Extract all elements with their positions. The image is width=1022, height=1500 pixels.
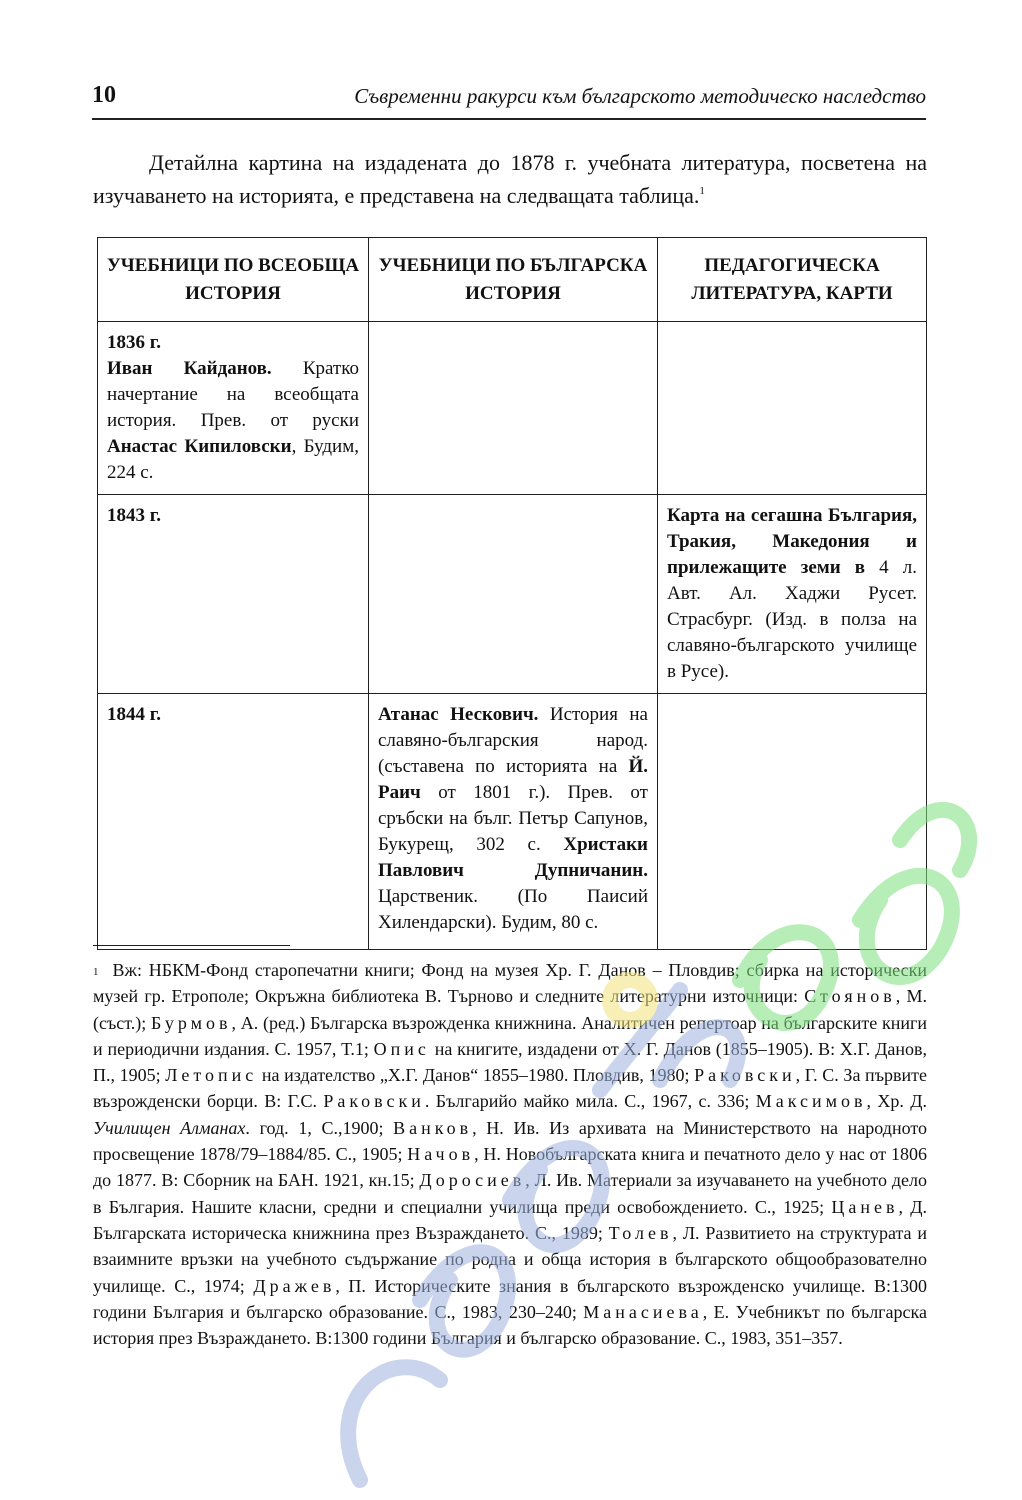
footnote-text: Вж: НБКМ-Фонд старопечатни книги; Фонд н… — [93, 960, 927, 1006]
footnote-author: Цанев — [831, 1197, 898, 1217]
footnote-author: Раковски — [323, 1091, 425, 1111]
footnote-rule — [93, 945, 290, 946]
footnote-title: Училищен Алманах — [93, 1118, 245, 1138]
footnote-author: Манасиева — [583, 1302, 702, 1322]
header-rule — [92, 118, 926, 120]
table-cell-general: 1836 г. Иван Кайданов. Кратко начертание… — [98, 322, 369, 495]
footnote-author: Максимов — [756, 1091, 867, 1111]
row-year: 1843 г. — [107, 503, 359, 529]
author-name: Иван Кайданов. — [107, 358, 272, 379]
footnote-text: на издателство „Х.Г. Данов“ 1855–1980. П… — [257, 1065, 694, 1085]
textbooks-table: УЧЕБНИЦИ ПО ВСЕОБЩА ИСТОРИЯ УЧЕБНИЦИ ПО … — [97, 237, 927, 950]
table-cell-bulgarian: Атанас Нескович. История на славяно-бълг… — [369, 694, 658, 950]
table-cell-pedagogical — [658, 694, 927, 950]
table-row: 1836 г. Иван Кайданов. Кратко начертание… — [98, 322, 927, 495]
footnote-mark: 1 — [93, 966, 99, 978]
translator-name: Анастас Кипиловски — [107, 436, 292, 457]
footnote-author: Летопис — [165, 1065, 257, 1085]
intro-paragraph: Детайлна картина на издадената до 1878 г… — [93, 146, 927, 212]
footnote-author: Опис — [374, 1039, 430, 1059]
table-cell-bulgarian — [369, 495, 658, 694]
author-name: Атанас Нескович. — [378, 704, 538, 725]
footnote-author: Бурмов — [151, 1013, 232, 1033]
column-header-pedagogical-literature: ПЕДАГОГИЧЕСКА ЛИТЕРАТУРА, КАРТИ — [658, 238, 927, 322]
footnote: 1Вж: НБКМ-Фонд старопечатни книги; Фонд … — [93, 957, 927, 1351]
footnote-text: . Българийо майко мила. С., 1967, с. 336… — [425, 1091, 756, 1111]
table-cell-bulgarian — [369, 322, 658, 495]
table-cell-pedagogical — [658, 322, 927, 495]
row-year: 1836 г. — [107, 330, 359, 356]
table-header-row: УЧЕБНИЦИ ПО ВСЕОБЩА ИСТОРИЯ УЧЕБНИЦИ ПО … — [98, 238, 927, 322]
table-cell-general: 1843 г. — [98, 495, 369, 694]
footnote-author: Доросиев — [419, 1170, 525, 1190]
table-cell-general: 1844 г. — [98, 694, 369, 950]
cell-text: Царственик. (По Паисий Хилендарски). Буд… — [378, 886, 648, 933]
column-header-bulgarian-history: УЧЕБНИЦИ ПО БЪЛГАРСКА ИСТОРИЯ — [369, 238, 658, 322]
table-row: 1843 г. Карта на сегашна България, Траки… — [98, 495, 927, 694]
footnote-author: Толев — [609, 1223, 673, 1243]
footnote-author: Раковски — [694, 1065, 796, 1085]
footnote-author: Ванков — [393, 1118, 472, 1138]
intro-text: Детайлна картина на издадената до 1878 г… — [93, 150, 927, 208]
footnote-text: , Хр. Д. — [867, 1091, 927, 1111]
footnote-text: . год. 1, С.,1900; — [245, 1118, 393, 1138]
table-cell-pedagogical: Карта на сегашна България, Тракия, Макед… — [658, 495, 927, 694]
footnote-author: Дражев — [253, 1276, 335, 1296]
row-year: 1844 г. — [107, 702, 359, 728]
footnote-body: Вж: НБКМ-Фонд старопечатни книги; Фонд н… — [93, 960, 927, 1348]
page-number: 10 — [92, 82, 116, 109]
column-header-general-history: УЧЕБНИЦИ ПО ВСЕОБЩА ИСТОРИЯ — [98, 238, 369, 322]
table-row: 1844 г. Атанас Нескович. История на слав… — [98, 694, 927, 950]
footnote-ref[interactable]: 1 — [699, 185, 705, 197]
footnote-author: Стоянов — [804, 986, 895, 1006]
footnote-author: Начов — [407, 1144, 474, 1164]
running-title: Съвременни ракурси към българското метод… — [354, 84, 926, 109]
